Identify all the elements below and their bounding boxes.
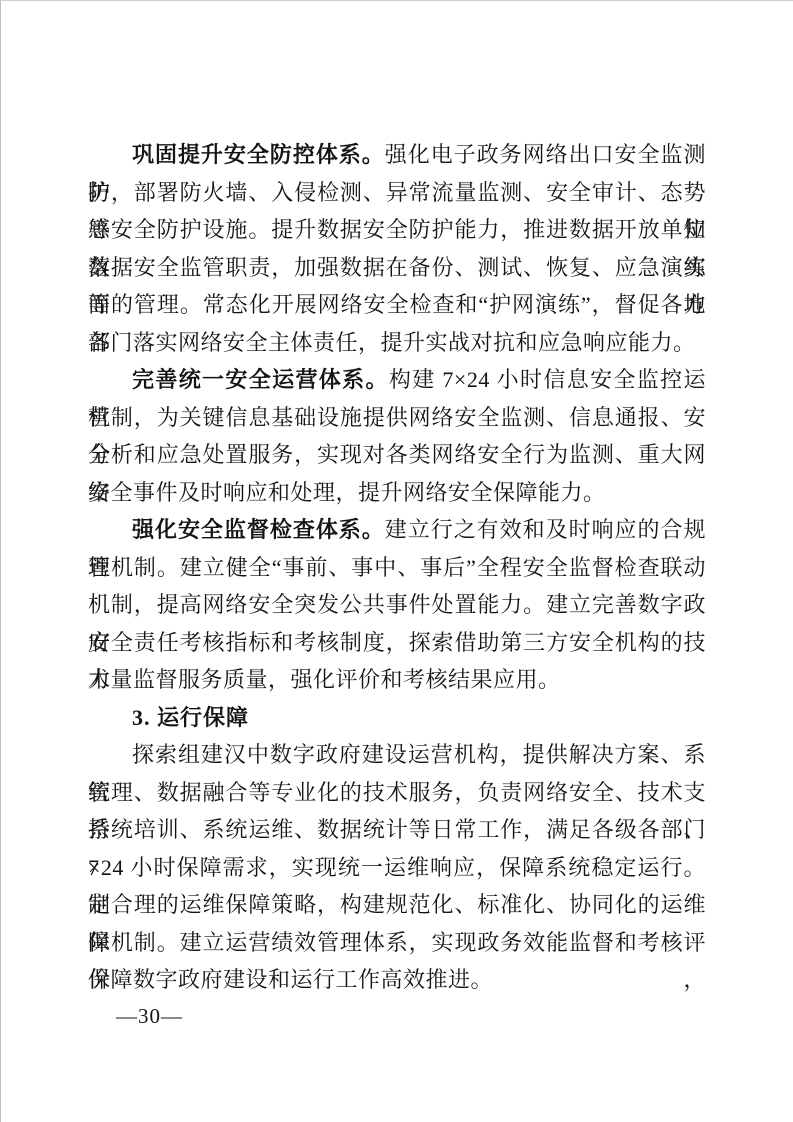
paragraph-first-line: 强化安全监督检查体系。建立行之有效和及时响应的合规管 (88, 511, 706, 549)
page-number: —30— (116, 998, 183, 1036)
section-heading: 3. 运行保障 (88, 699, 706, 737)
paragraph-lead-bold: 强化安全监督检查体系。 (132, 517, 385, 542)
paragraph-first-line: 完善统一安全运营体系。构建 7×24 小时信息安全监控运营 (88, 361, 706, 399)
paragraph-first-line: 探索组建汉中数字政府建设运营机构，提供解决方案、系统 (88, 736, 706, 774)
paragraph-security-operation: 完善统一安全运营体系。构建 7×24 小时信息安全监控运营 机制，为关键信息基础… (88, 361, 706, 511)
paragraph-line: 面的管理。常态化开展网络安全检查和“护网演练”，督促各地各 (88, 286, 706, 324)
paragraph-last-line: 安全事件及时响应和处理，提升网络安全保障能力。 (88, 474, 706, 512)
paragraph-line: 等安全防护设施。提升数据安全防护能力，推进数据开放单位落实 (88, 211, 706, 249)
paragraph-line: 理机制。建立健全“事前、事中、事后”全程安全监督检查联动 (88, 549, 706, 587)
document-page: 巩固提升安全防控体系。强化电子政务网络出口安全监测防 护，部署防火墙、入侵检测、… (0, 0, 793, 1122)
paragraph-security-defense: 巩固提升安全防控体系。强化电子政务网络出口安全监测防 护，部署防火墙、入侵检测、… (88, 136, 706, 361)
paragraph-operation-support: 探索组建汉中数字政府建设运营机构，提供解决方案、系统 管理、数据融合等专业化的技… (88, 736, 706, 999)
paragraph-line: 机制，为关键信息基础设施提供网络安全监测、信息通报、安全 (88, 399, 706, 437)
paragraph-lead-bold: 巩固提升安全防控体系。 (132, 142, 385, 167)
paragraph-last-line: 力量监督服务质量，强化评价和考核结果应用。 (88, 661, 706, 699)
document-text-block: 巩固提升安全防控体系。强化电子政务网络出口安全监测防 护，部署防火墙、入侵检测、… (88, 136, 706, 999)
paragraph-line: 数据安全监管职责，加强数据在备份、测试、恢复、应急演练等方 (88, 249, 706, 287)
paragraph-line: 定合理的运维保障策略，构建规范化、标准化、协同化的运维保 (88, 886, 706, 924)
paragraph-line: 系统培训、系统运维、数据统计等日常工作，满足各级各部门 7 (88, 811, 706, 849)
paragraph-line: 安全责任考核指标和考核制度，探索借助第三方安全机构的技术 (88, 624, 706, 662)
paragraph-line: 机制，提高网络安全突发公共事件处置能力。建立完善数字政府 (88, 586, 706, 624)
paragraph-security-inspection: 强化安全监督检查体系。建立行之有效和及时响应的合规管 理机制。建立健全“事前、事… (88, 511, 706, 699)
paragraph-line: 管理、数据融合等专业化的技术服务，负责网络安全、技术支持、 (88, 774, 706, 812)
paragraph-last-line: 部门落实网络安全主体责任，提升实战对抗和应急响应能力。 (88, 324, 706, 362)
paragraph-lead-bold: 完善统一安全运营体系。 (132, 367, 389, 392)
paragraph-line: ×24 小时保障需求，实现统一运维响应，保障系统稳定运行。制 (88, 849, 706, 887)
paragraph-line: 分析和应急处置服务，实现对各类网络安全行为监测、重大网络 (88, 436, 706, 474)
paragraph-first-line: 巩固提升安全防控体系。强化电子政务网络出口安全监测防 (88, 136, 706, 174)
paragraph-line: 障机制。建立运营绩效管理体系，实现政务效能监督和考核评价， (88, 924, 706, 962)
paragraph-line: 护，部署防火墙、入侵检测、异常流量监测、安全审计、态势感知 (88, 174, 706, 212)
